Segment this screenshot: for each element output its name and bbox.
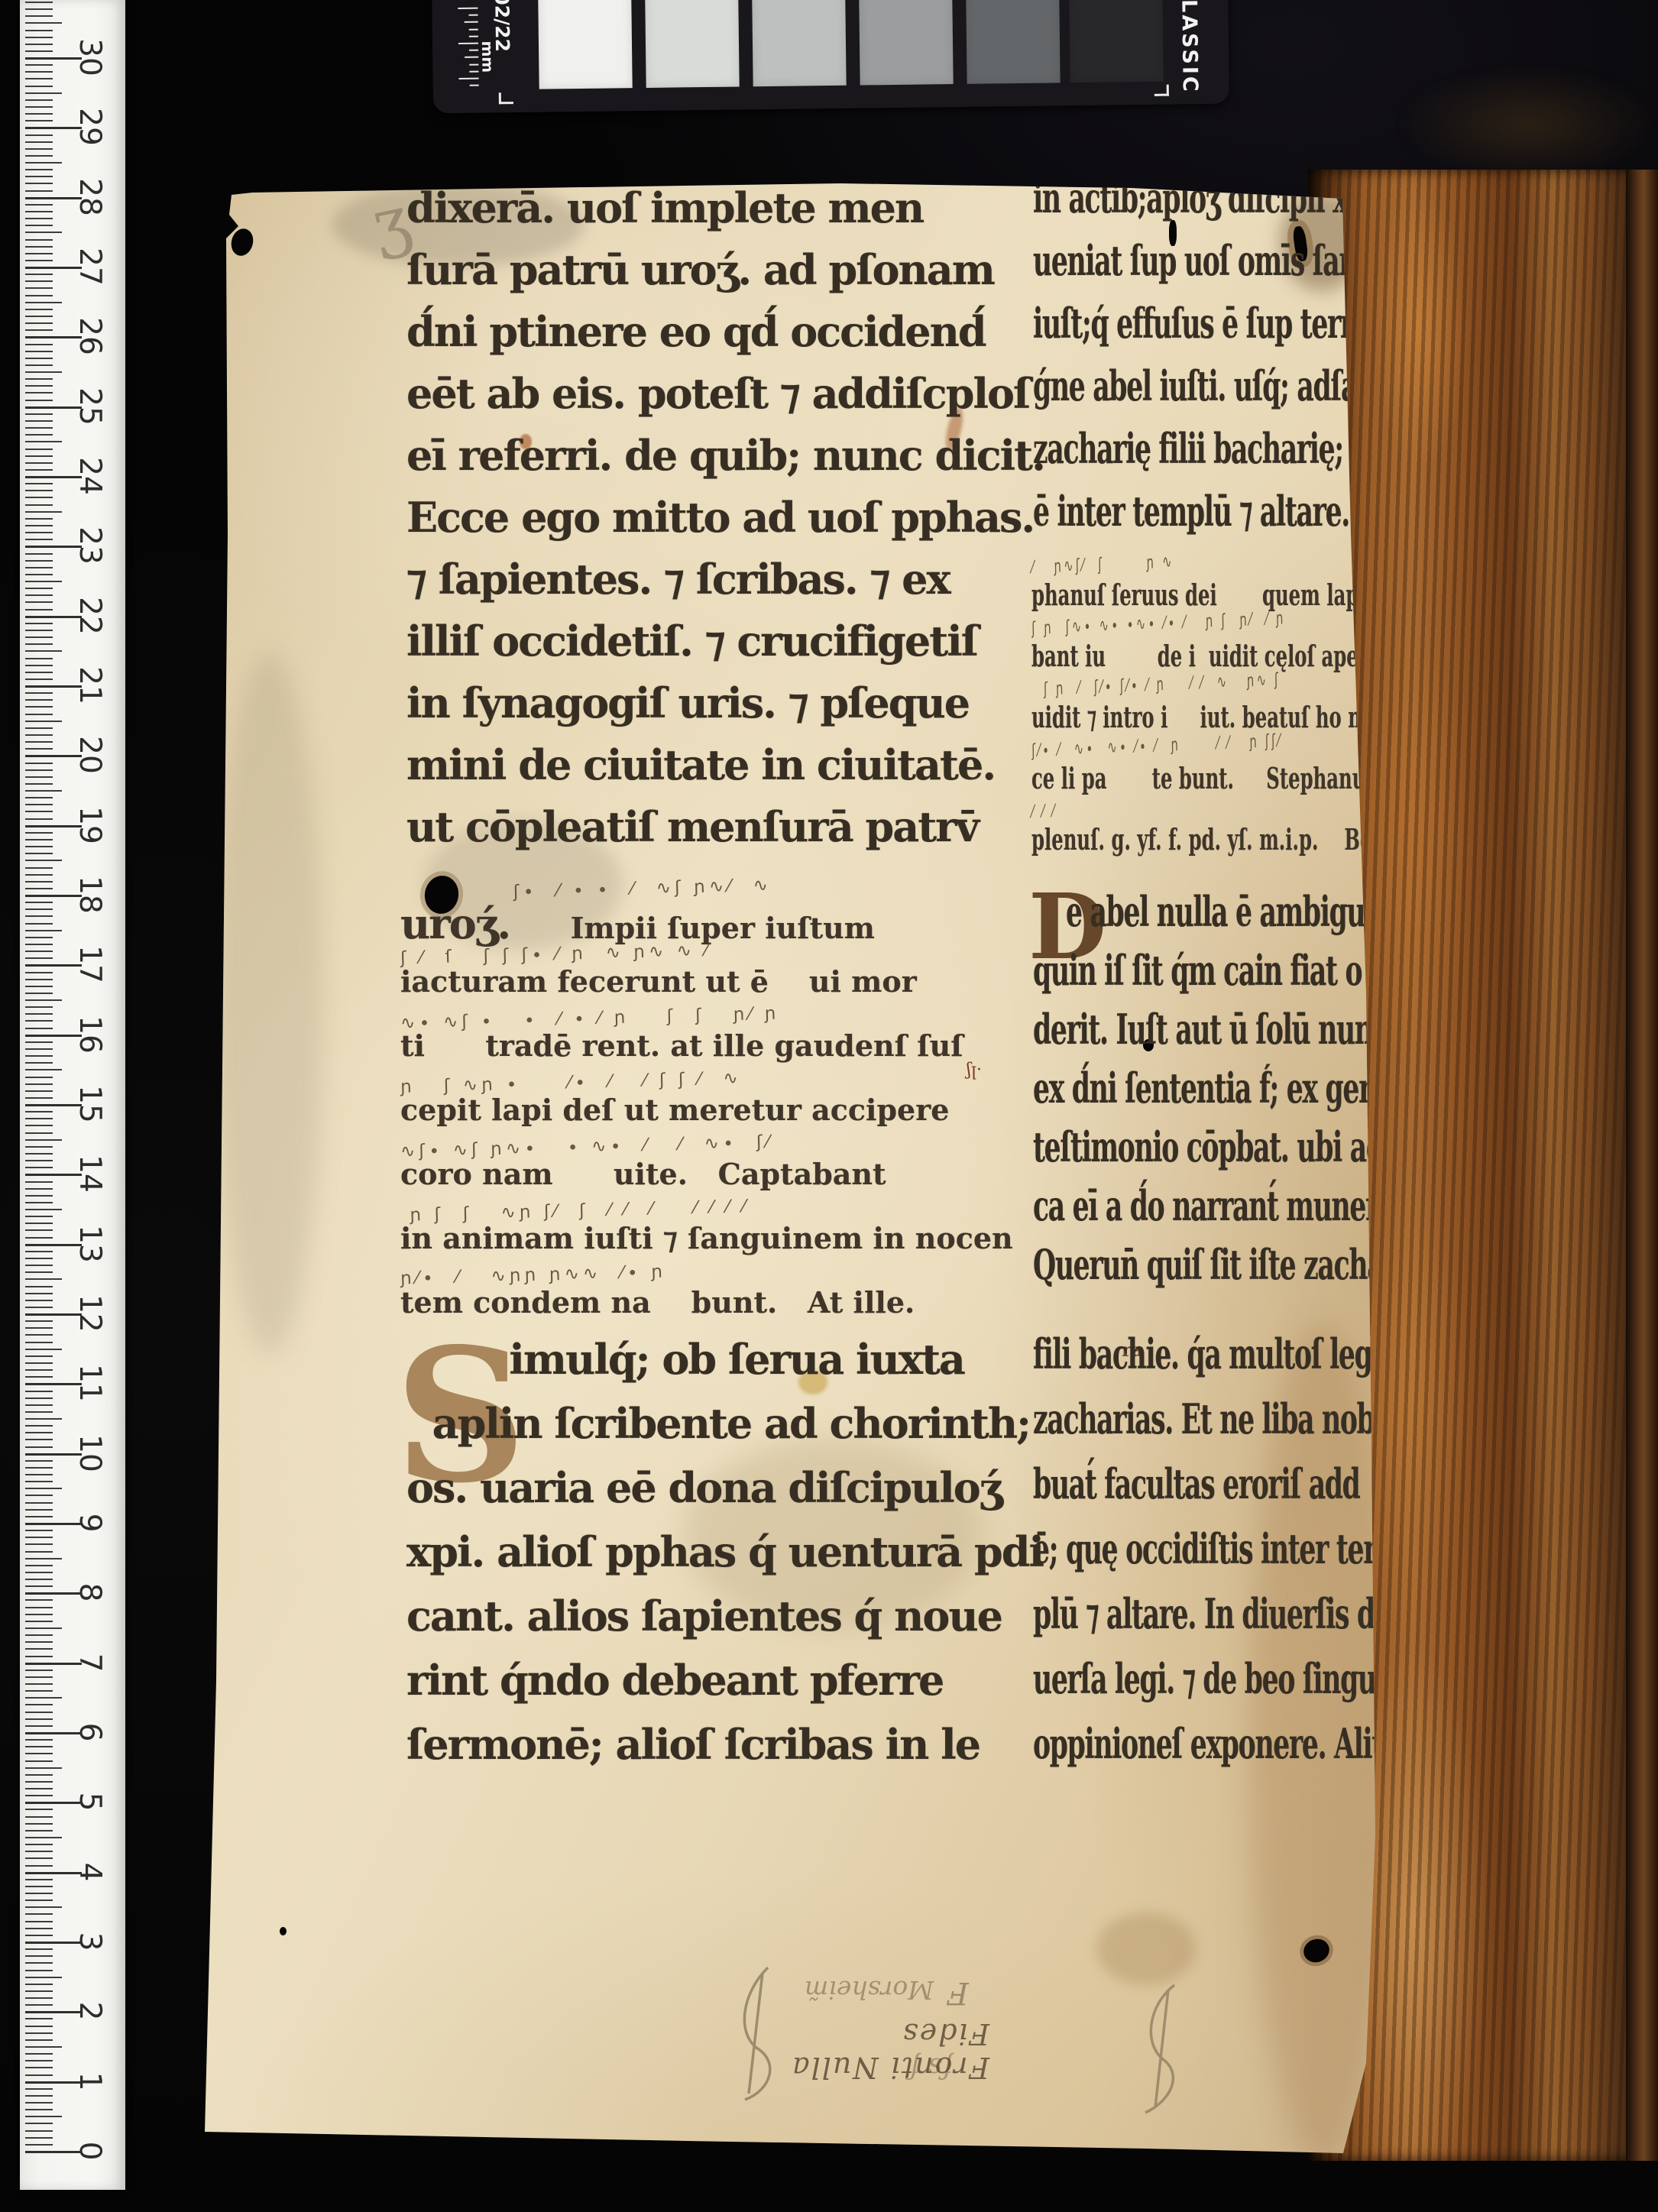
text-line: cepit lapi deſ ut meretur accipere — [400, 1096, 949, 1125]
ruler-mm-tick — [25, 601, 53, 603]
ruler-mm-tick — [25, 1432, 53, 1433]
ruler-mm-tick — [25, 427, 53, 429]
ruler-mm-tick — [25, 1795, 53, 1796]
ruler-mm-tick — [25, 1481, 53, 1482]
ruler-mm-tick — [25, 253, 53, 254]
ruler-mm-tick — [25, 993, 53, 994]
ruler-mm-tick — [25, 358, 53, 359]
ruler-mm-tick — [25, 37, 53, 38]
text-line: phanuſ ſeruus dei quem lapid — [1031, 581, 1379, 610]
ruler-mm-tick — [25, 944, 53, 945]
stain — [216, 652, 323, 1355]
ruler-mm-tick — [25, 1153, 53, 1155]
ruler-number: 19 — [67, 802, 113, 848]
ruler-mm-tick — [25, 1055, 53, 1057]
ruler-mm-tick — [25, 699, 53, 701]
ruler-mm-tick — [25, 1209, 62, 1210]
ruler-mm-tick — [25, 106, 53, 108]
ruler-mm-tick — [25, 1041, 53, 1043]
ruler-mm-tick — [25, 1656, 53, 1657]
ruler-mm-tick — [25, 78, 53, 79]
ruler-mm-tick — [25, 1502, 53, 1504]
text-line-content: rint q́ndo debeant pferre — [406, 1656, 943, 1705]
ruler-mm-tick — [25, 344, 53, 345]
ruler-mm-tick — [25, 2018, 53, 2019]
ruler-mm-tick — [25, 1293, 53, 1294]
ruler-mm-tick — [25, 1090, 53, 1092]
ruler-number: 21 — [67, 662, 113, 708]
ruler-mm-tick — [25, 134, 53, 136]
ruler-mm-tick — [25, 1530, 53, 1531]
ruler-mm-tick — [25, 763, 53, 764]
text-line: uidit ⁊ intro i iut. beatuſ ho mo — [1031, 703, 1380, 732]
ruler-mm-tick — [25, 1307, 53, 1308]
ruler-mm-tick — [25, 280, 53, 282]
ruler-mm-tick — [25, 650, 62, 652]
ruler-mm-tick — [25, 1781, 53, 1783]
ruler-mm-tick — [25, 567, 53, 568]
text-line: ǵne abel iuſti. uſq́; adſang — [1033, 365, 1393, 406]
ruler-mm-tick — [25, 1879, 53, 1880]
ruler-mm-tick — [25, 1411, 53, 1413]
ruler-mm-tick — [25, 594, 53, 596]
ruler-mm-tick — [25, 1984, 53, 1985]
spine-top-shadow — [1398, 67, 1658, 182]
ruler-mm-tick — [25, 364, 53, 366]
ruler-mm-tick — [25, 449, 53, 450]
ruler-mm-tick — [25, 1397, 53, 1399]
ruler-mm-tick — [25, 441, 62, 442]
neume-row: ʃ ɲ ⁄ ʃ⁄∙ ʃ⁄∙ ⁄ ɲ ⁄ ⁄ ∿ ɲ∿ ʃ — [1031, 670, 1281, 700]
ruler-mm-tick — [25, 274, 53, 275]
ruler-mm-tick — [25, 1697, 62, 1699]
text-line-content: zacharias. Et ne liba nob — [1033, 1394, 1375, 1443]
ruler-mm-tick — [25, 2137, 53, 2139]
ruler-mm-tick — [25, 1446, 53, 1448]
ruler-mm-tick — [25, 692, 53, 694]
ruler-mm-tick — [25, 1746, 53, 1747]
ruler-mm-tick — [25, 1237, 53, 1239]
ruler-mm-tick — [25, 351, 53, 352]
ruler-mm-tick — [25, 930, 62, 931]
text-line: mini de ciuitate in ciuitatē. — [406, 744, 995, 785]
ruler-mm-tick — [25, 908, 53, 910]
ruler-mm-tick — [25, 287, 53, 289]
ruler-mm-tick — [25, 1391, 53, 1392]
ruler-mm-tick — [25, 2046, 62, 2048]
text-line-content: ſurā patrū uroʒ́. ad pſonam — [406, 245, 994, 294]
inscription-motto: Fronti Nulla Fides — [768, 2017, 989, 2084]
ruler-mm-tick — [25, 99, 53, 101]
text-line-content: cepit lapi deſ ut meretur accipere — [400, 1093, 949, 1127]
ruler-mm-tick — [25, 658, 53, 659]
ruler-mm-tick — [25, 915, 53, 917]
text-line: teſtimonio cōpbat. ubi ad — [1033, 1126, 1384, 1168]
ruler-mm-tick — [25, 2039, 53, 2041]
ruler-number: 29 — [67, 104, 113, 150]
ruler-mm-tick — [25, 1418, 62, 1420]
ruler-mm-tick — [25, 1188, 53, 1190]
text-line: Ecce ego mitto ad uoſ pphas. — [406, 497, 1034, 538]
neume-row: ⁄ ɲ∿ʃ⁄ ʃ ɲ ∿ — [1031, 552, 1174, 578]
text-line-content: fili bachie. q́a multoſ legi — [1033, 1329, 1381, 1378]
text-line-content: bant iu de i uidit cęloſ ape — [1031, 639, 1358, 673]
ruler-mm-tick — [25, 309, 53, 310]
text-line: ex d́ni ſententia f́; ex gene — [1033, 1067, 1393, 1109]
ruler-mm-tick — [25, 2032, 53, 2034]
text-line: ut cōpleatiſ menſurā patrv̄ — [406, 806, 978, 847]
ruler-mm-tick — [25, 1216, 53, 1217]
inscription-squiggle: ſs ſ — [909, 2052, 953, 2083]
ruler-mm-tick — [25, 1997, 53, 1999]
ruler-mm-tick — [25, 1020, 53, 1022]
text-line-content: Ecce ego mitto ad uoſ pphas. — [406, 493, 1034, 542]
ruler-mm-tick — [25, 665, 53, 666]
ruler-mm-tick — [25, 1439, 53, 1440]
ruler-mm-tick — [25, 1537, 53, 1538]
ruler-mm-tick — [25, 1320, 53, 1322]
text-line: ti tradē rent. at ille gaudenſ ſuſ — [400, 1032, 963, 1061]
ruler-mm-tick — [25, 1585, 53, 1587]
ruler-mm-tick — [25, 1886, 53, 1887]
ruler-mm-tick — [25, 1641, 53, 1643]
ruler-mm-tick — [25, 86, 53, 87]
text-line: dixerā. uoſ implete men — [406, 187, 923, 228]
ruler-mm-tick — [25, 71, 53, 73]
ruler-mm-tick — [25, 162, 62, 164]
ruler-mm-tick — [25, 30, 53, 31]
text-line: rint q́ndo debeant pferre — [406, 1660, 943, 1701]
ruler-mm-tick — [25, 1551, 53, 1553]
text-line: ſermonē; alioſ ſcribas in le — [406, 1724, 980, 1765]
ruler-mm-tick — [25, 923, 53, 925]
ruler-mm-tick — [25, 1278, 62, 1280]
ruler-mm-tick — [25, 302, 62, 303]
ruler-mm-tick — [25, 1271, 53, 1273]
ruler-mm-tick — [25, 260, 53, 261]
ruler-mm-tick — [25, 839, 53, 840]
ruler-mm-tick — [25, 1495, 53, 1496]
ruler-mm-tick — [25, 2060, 53, 2061]
ruler-number: 24 — [67, 453, 113, 499]
ruler-mm-tick — [25, 1760, 53, 1762]
ruler-mm-tick — [25, 734, 53, 736]
text-line-content: plū ⁊ altare. In diuerſis d — [1033, 1589, 1375, 1638]
text-line-content: buat́ facultas eroriſ add — [1033, 1459, 1360, 1508]
ruler-mm-tick — [25, 1788, 53, 1789]
text-line-content: plenuſ. g. yf. f. pd. yſ. m.i.p. Beatuſ — [1031, 822, 1414, 857]
text-line-content: oppinioneſ exponere. Aliu — [1033, 1719, 1390, 1768]
ruler-mm-tick — [25, 1083, 53, 1085]
text-line-content: illiſ occidetiſ. ⁊ crucifigetiſ — [406, 617, 977, 666]
text-line-content: Impii ſuper iuſtum — [510, 911, 875, 945]
ruler-mm-tick — [25, 1893, 53, 1894]
ruler-number: 3 — [67, 1919, 113, 1964]
ruler-mm-tick — [25, 721, 62, 722]
ruler-mm-tick — [25, 378, 53, 380]
ruler-mm-tick — [25, 1921, 53, 1922]
calibration-mm-tick — [459, 78, 479, 79]
ruler-mm-tick — [25, 1488, 62, 1489]
ruler-mm-tick — [25, 581, 62, 582]
ruler-mm-tick — [25, 1970, 53, 1971]
ruler-mm-tick — [25, 1460, 53, 1462]
ruler-mm-tick — [25, 1195, 53, 1197]
ruler-number: 0 — [67, 2128, 113, 2174]
ruler-mm-tick — [25, 455, 53, 457]
ruler-mm-tick — [25, 1627, 62, 1629]
ruler-mm-tick — [25, 636, 53, 638]
text-line: illiſ occidetiſ. ⁊ crucifigetiſ — [406, 620, 977, 662]
ruler-number: 13 — [67, 1221, 113, 1267]
text-line: eī referri. de quib; nunc dicit. — [406, 435, 1044, 476]
calibration-mm-tick — [470, 85, 479, 86]
ruler-number: 2 — [67, 1988, 113, 2034]
text-line-content: aplin ſcribente ad chorinth; — [406, 1399, 1030, 1448]
ruler-number: 26 — [67, 313, 113, 359]
ruler-mm-tick — [25, 1146, 53, 1148]
neume-row: ⁄ ⁄ ⁄ — [1031, 802, 1057, 822]
ruler-mm-tick — [25, 183, 53, 184]
ruler-mm-tick — [25, 316, 53, 317]
neume-row: ʃ⁄∙ ⁄ ∿∙ ∿∙ ⁄∙ ⁄ ɲ ⁄ ⁄ ɲ ʃʃ⁄ — [1031, 731, 1282, 761]
ruler-mm-tick — [25, 1300, 53, 1301]
text-line-content: eī referri. de quib; nunc dicit. — [406, 431, 1044, 480]
ruler-mm-tick — [25, 371, 62, 373]
text-line-content: eēt ab eis. poteſt ⁊ addiſcploſ — [406, 369, 1029, 418]
text-line: ⁊ ſapientes. ⁊ ſcribas. ⁊ ex — [406, 559, 950, 600]
gray-patch-5 — [966, 0, 1061, 84]
ruler-mm-tick — [25, 1851, 53, 1852]
text-line-content: d́ni ptinere eo qd́ occidend́ — [406, 307, 986, 356]
ruler-mm-tick — [25, 1097, 53, 1099]
ruler-mm-tick — [25, 1683, 53, 1685]
ruler-mm-tick — [25, 1251, 53, 1252]
text-line: ē; quę occidiſtis inter ten — [1033, 1528, 1381, 1569]
text-line: in animam iuſti ⁊ ſanguinem in nocen — [400, 1224, 1013, 1253]
ruler-mm-tick — [25, 804, 53, 805]
ruler-mm-tick — [25, 113, 53, 115]
ruler-mm-tick — [25, 497, 53, 498]
text-line-content: ǵne abel iuſti. uſq́; adſang — [1033, 361, 1393, 410]
text-line: iacturam fecerunt ut ē ui mor — [400, 967, 917, 996]
ruler-mm-tick — [25, 434, 53, 436]
ruler-mm-tick — [25, 1607, 53, 1608]
text-line-content: Querun̄ quiſ ſit iſte zachar — [1033, 1240, 1396, 1289]
ruler-mm-tick — [25, 623, 53, 624]
ruler-mm-tick — [25, 218, 53, 219]
mm-label: mm — [478, 40, 497, 73]
ruler-mm-tick — [25, 818, 53, 820]
ruler-mm-tick — [25, 1935, 53, 1936]
ruler-mm-tick — [25, 483, 53, 484]
calibration-mm-tick — [469, 15, 478, 16]
gray-patch-4 — [859, 0, 954, 86]
ruler-mm-tick — [25, 560, 53, 562]
ruler-mm-tick — [25, 902, 53, 903]
ruler-mm-tick — [25, 1013, 53, 1015]
ruler-mm-tick — [25, 1349, 62, 1350]
text-line: d́ni ptinere eo qd́ occidend́ — [406, 311, 986, 352]
ruler-mm-tick — [25, 385, 53, 387]
ruler-mm-tick — [25, 1467, 53, 1469]
manuscript-photo: ʒ S D ra ʃꞁ· dixerā. uoſ implete menſurā… — [0, 0, 1658, 2212]
ruler-mm-tick — [25, 525, 53, 526]
ruler-mm-tick — [25, 609, 53, 610]
ruler-mm-tick — [25, 1558, 62, 1559]
text-line-content: os. uaria eē dona diſcipuloʒ́ — [406, 1463, 1001, 1512]
text-line-content: ſermonē; alioſ ſcribas in le — [406, 1720, 980, 1769]
ruler-mm-tick — [25, 329, 53, 331]
parchment-hole — [280, 1927, 287, 1935]
text-line: zacharias. Et ne liba nob — [1033, 1398, 1375, 1440]
ruler-mm-tick — [25, 2026, 53, 2027]
text-line: fili bachie. q́a multoſ legi — [1033, 1333, 1381, 1375]
ruler-mm-tick — [25, 532, 53, 533]
ruler-mm-tick — [25, 1704, 53, 1705]
ruler-mm-tick — [25, 1069, 62, 1070]
ruler-mm-tick — [25, 1286, 53, 1287]
ruler-mm-tick — [25, 1962, 53, 1964]
text-line: in ſynagogiſ uris. ⁊ pſeque — [406, 682, 969, 724]
ruler-mm-tick — [25, 1006, 53, 1008]
ruler-mm-tick — [25, 1955, 53, 1957]
ruler-mm-tick — [25, 1823, 53, 1825]
inscription-initial: F — [947, 1975, 969, 2010]
margin-neume: ʃꞁ· — [967, 1061, 982, 1080]
text-line: derit. Iuſt aut ū ſolū num — [1033, 1009, 1381, 1050]
ruler-mm-tick — [25, 574, 53, 575]
ruler-number: 16 — [67, 1012, 113, 1057]
ruler-mm-tick — [25, 972, 53, 973]
ruler-mm-tick — [25, 469, 53, 471]
text-line-content: cant. alios ſapientes q́ noue — [406, 1592, 1002, 1640]
ruler-mm-tick — [25, 1599, 53, 1601]
ruler-number: 4 — [67, 1849, 113, 1895]
ruler-mm-tick — [25, 1614, 53, 1615]
ruler-mm-tick — [25, 1621, 53, 1622]
binding-edge — [1626, 170, 1658, 2161]
ruler-number: 17 — [67, 941, 113, 987]
ruler-number: 20 — [67, 732, 113, 778]
ruler-mm-tick — [25, 951, 53, 952]
ruler-mm-tick — [25, 811, 53, 812]
ruler-mm-tick — [25, 957, 53, 959]
ruler-number: 10 — [67, 1430, 113, 1476]
ruler-mm-tick — [25, 1132, 53, 1134]
ruler-mm-tick — [25, 413, 53, 415]
ruler-number: 8 — [67, 1569, 113, 1615]
ruler-mm-tick — [25, 1579, 53, 1580]
calibration-mm-tick — [469, 70, 478, 72]
text-line: bant iu de i uidit cęloſ ape — [1031, 642, 1358, 671]
ruler-mm-tick — [25, 1118, 53, 1119]
text-line-content: derit. Iuſt aut ū ſolū num — [1033, 1005, 1381, 1054]
ruler-mm-tick — [25, 2130, 53, 2132]
ruler-mm-tick — [25, 1062, 53, 1064]
text-line: os. uaria eē dona diſcipuloʒ́ — [406, 1467, 1001, 1508]
gray-patch-2 — [645, 0, 740, 88]
text-line-content: imulq́; ob ſerua iuxta — [406, 1335, 964, 1384]
text-line-lead: uroʒ́. — [400, 899, 510, 948]
text-line: coro nam uite. Captabant — [400, 1160, 886, 1189]
ruler-number: 9 — [67, 1500, 113, 1546]
ruler-mm-tick — [25, 790, 62, 792]
text-line: aplin ſcribente ad chorinth; — [406, 1403, 1030, 1444]
neume-row: ʃ ɲ ʃ∿∙ ∿∙ ∙∿∙ ⁄∙ ⁄ ɲ ʃ ɲ⁄ ⁄ ɲ — [1031, 608, 1286, 639]
ruler-number: 1 — [67, 2058, 113, 2104]
ruler-mm-tick — [25, 204, 53, 206]
ruler-number: 28 — [67, 174, 113, 220]
ruler-mm-tick — [25, 511, 62, 513]
ruler-mm-tick — [25, 1830, 53, 1831]
ruler-mm-tick — [25, 2088, 53, 2090]
ruler-mm-tick — [25, 986, 53, 987]
calibration-mm-tick — [458, 43, 478, 44]
text-line: uerſa legi. ⁊ de beo ſingu — [1033, 1658, 1376, 1699]
ruler-mm-tick — [25, 232, 62, 233]
ruler-mm-tick — [25, 1160, 53, 1161]
calibration-mm-tick — [469, 63, 478, 65]
ruler-mm-tick — [25, 1202, 53, 1203]
ruler-mm-tick — [25, 1376, 53, 1378]
ruler-mm-tick — [25, 518, 53, 520]
ruler-mm-tick — [25, 776, 53, 778]
ruler-mm-tick — [25, 1899, 53, 1901]
ruler-mm-tick — [25, 1913, 53, 1915]
ruler-mm-tick — [25, 1906, 62, 1908]
text-line-content: uerſa legi. ⁊ de beo ſingu — [1033, 1654, 1376, 1703]
text-line: cant. alios ſapientes q́ noue — [406, 1595, 1002, 1637]
brand-label: CLASSIC — [1177, 0, 1202, 94]
ruler-mm-tick — [25, 120, 53, 121]
ruler-mm-tick — [25, 1712, 53, 1713]
calibration-mm-tick — [458, 8, 478, 9]
text-line: quin iſ ſit q́m cain fiat o — [1033, 950, 1362, 991]
ruler-mm-tick — [25, 1077, 53, 1078]
ruler-mm-tick — [25, 92, 62, 94]
parchment-page: ʒ S D ra ʃꞁ· dixerā. uoſ implete menſurā… — [195, 178, 1387, 2157]
gray-patch-3 — [752, 0, 847, 86]
ruler-mm-tick — [25, 8, 53, 10]
ruler-mm-tick — [25, 1572, 53, 1573]
text-line-content: iacturam fecerunt ut ē ui mor — [400, 964, 917, 999]
ruler-mm-tick — [25, 2, 53, 3]
text-line-content: quin iſ ſit q́m cain fiat o — [1033, 946, 1362, 995]
ruler-number: 18 — [67, 872, 113, 918]
calibration-mm-tick — [469, 50, 478, 51]
text-line-content: ex d́ni ſententia f́; ex gene — [1033, 1064, 1393, 1112]
ruler-mm-tick — [25, 1362, 53, 1364]
ruler-mm-tick — [25, 783, 53, 785]
ruler-mm-tick — [25, 2074, 53, 2076]
ruler-mm-tick — [25, 1111, 53, 1112]
ruler-mm-tick — [25, 1167, 53, 1168]
ruler-mm-tick — [25, 1837, 62, 1838]
ruler-mm-tick — [25, 295, 53, 296]
ruler-mm-tick — [25, 246, 53, 248]
ruler-mm-tick — [25, 1753, 53, 1754]
ruler-mm-tick — [25, 1425, 53, 1427]
ruler-mm-tick — [25, 22, 62, 24]
ruler-mm-tick — [25, 706, 53, 708]
ruler-mm-tick — [25, 727, 53, 729]
text-line: oppinioneſ exponere. Aliu — [1033, 1723, 1390, 1764]
ruler-mm-tick — [25, 155, 53, 157]
text-line-content: tem condem na bunt. At ille. — [400, 1285, 915, 1320]
ruler-mm-tick — [25, 225, 53, 226]
ruler-mm-tick — [25, 400, 53, 401]
